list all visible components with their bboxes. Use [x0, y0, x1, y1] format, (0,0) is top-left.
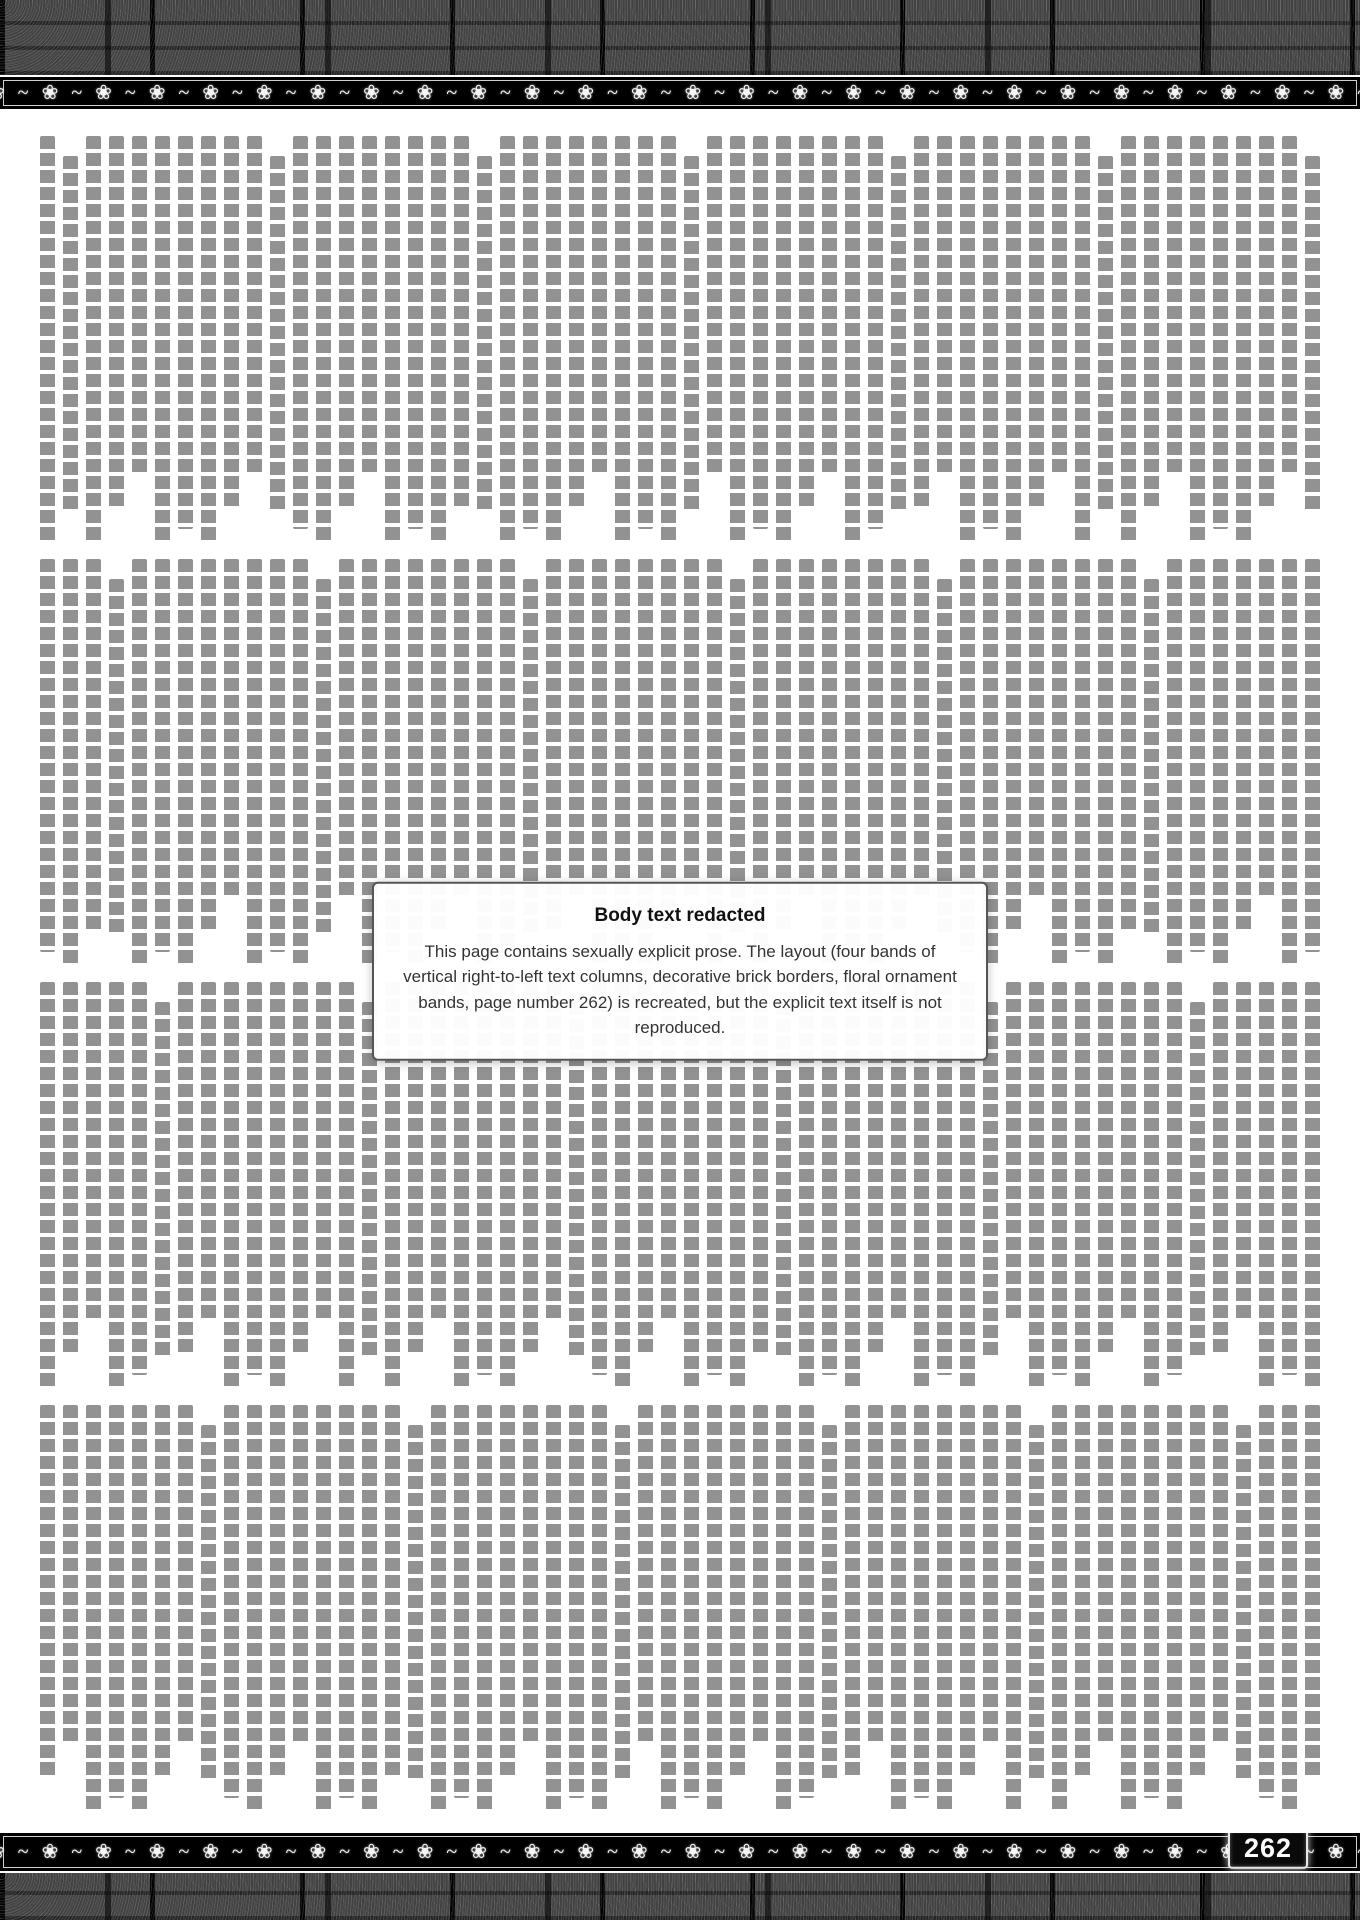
redacted-text-column	[40, 559, 55, 952]
redacted-text-column	[86, 1405, 101, 1810]
redacted-text-column	[914, 136, 929, 509]
redacted-text-column	[1006, 559, 1021, 932]
text-row	[22, 136, 1338, 541]
redacted-text-column	[201, 136, 216, 541]
redacted-text-column	[684, 559, 699, 899]
redacted-text-column	[1006, 136, 1021, 541]
redacted-text-column	[799, 136, 814, 509]
redacted-text-column	[1029, 559, 1044, 899]
redacted-text-column	[891, 559, 906, 932]
redacted-text-column	[431, 1405, 446, 1810]
redacted-text-column	[592, 1405, 607, 1810]
redacted-text-column	[155, 1405, 170, 1778]
redacted-text-column	[178, 982, 193, 1355]
redacted-text-column	[293, 136, 308, 529]
redacted-text-column	[63, 156, 78, 512]
redacted-text-column	[178, 1405, 193, 1745]
redacted-text-column	[247, 136, 262, 476]
text-row	[22, 1405, 1338, 1810]
redacted-text-column	[270, 156, 285, 512]
redacted-text-column	[546, 1405, 561, 1810]
redacted-text-column	[500, 1405, 515, 1778]
redacted-text-column	[270, 982, 285, 1387]
bottom-ornament-band: ❀ ~ ❀ ~ ❀ ~ ❀ ~ ❀ ~ ❀ ~ ❀ ~ ❀ ~ ❀ ~ ❀ ~ …	[0, 1831, 1360, 1873]
redacted-text-column	[1213, 982, 1228, 1355]
redacted-text-column	[707, 136, 722, 476]
redacted-text-column	[1052, 1405, 1067, 1810]
redacted-text-column	[477, 156, 492, 512]
redacted-text-column	[1052, 982, 1067, 1375]
page-content: Body text redacted This page contains se…	[0, 111, 1360, 1831]
redacted-text-column	[63, 982, 78, 1355]
redacted-text-column	[178, 559, 193, 964]
redacted-text-column	[454, 136, 469, 509]
redaction-text: This page contains sexually explicit pro…	[403, 941, 957, 1037]
redacted-text-column	[362, 1405, 377, 1810]
redacted-text-column	[1259, 982, 1274, 1387]
redacted-text-column	[1190, 559, 1205, 952]
redacted-text-column	[454, 1405, 469, 1798]
redacted-text-column	[868, 1405, 883, 1745]
redacted-text-column	[40, 982, 55, 1387]
redacted-text-column	[247, 982, 262, 1375]
brick-border-top	[0, 0, 1360, 75]
redacted-text-column	[316, 579, 331, 935]
redacted-text-column	[1213, 1405, 1228, 1745]
redacted-text-column	[1144, 579, 1159, 935]
redacted-text-column	[178, 136, 193, 529]
redacted-text-column	[891, 1405, 906, 1810]
redacted-text-column	[845, 1405, 860, 1778]
brick-border-bottom	[0, 1873, 1360, 1920]
redacted-text-column	[914, 1405, 929, 1798]
redacted-text-column	[569, 559, 584, 899]
redacted-text-column	[293, 1405, 308, 1745]
redacted-text-column	[362, 136, 377, 476]
redacted-text-column	[983, 1405, 998, 1745]
redacted-text-column	[730, 1405, 745, 1778]
redacted-text-column	[1075, 982, 1090, 1387]
redacted-text-column	[1213, 559, 1228, 964]
redacted-text-column	[661, 559, 676, 932]
redaction-title: Body text redacted	[400, 902, 960, 931]
page-number-badge: 262	[1228, 1831, 1308, 1869]
redacted-text-column	[86, 982, 101, 1322]
redacted-text-column	[684, 1405, 699, 1798]
redacted-text-column	[1167, 1405, 1182, 1810]
redacted-text-column	[1282, 1405, 1297, 1810]
redacted-text-column	[1236, 136, 1251, 541]
redacted-text-column	[408, 136, 423, 529]
redacted-text-column	[822, 136, 837, 476]
redacted-text-column	[983, 136, 998, 529]
redacted-text-column	[569, 136, 584, 509]
redacted-text-column	[684, 156, 699, 512]
redacted-text-column	[109, 136, 124, 509]
redacted-text-column	[1236, 1425, 1251, 1781]
redacted-text-column	[730, 136, 745, 541]
redacted-text-column	[1190, 1405, 1205, 1778]
redacted-text-column	[316, 982, 331, 1322]
redacted-text-column	[845, 136, 860, 541]
novel-page: ❀ ~ ❀ ~ ❀ ~ ❀ ~ ❀ ~ ❀ ~ ❀ ~ ❀ ~ ❀ ~ ❀ ~ …	[0, 0, 1360, 1920]
redacted-text-column	[1098, 156, 1113, 512]
redacted-text-column	[155, 136, 170, 541]
redacted-text-column	[132, 559, 147, 964]
redacted-text-column	[1121, 559, 1136, 932]
redacted-text-column	[385, 136, 400, 541]
redacted-text-column	[431, 136, 446, 541]
redacted-text-column	[339, 136, 354, 509]
redacted-text-column	[224, 1405, 239, 1798]
redacted-text-column	[270, 1405, 285, 1778]
redacted-text-column	[891, 156, 906, 512]
redacted-text-column	[1305, 982, 1320, 1387]
top-ornament-band: ❀ ~ ❀ ~ ❀ ~ ❀ ~ ❀ ~ ❀ ~ ❀ ~ ❀ ~ ❀ ~ ❀ ~ …	[0, 75, 1360, 111]
redacted-text-column	[914, 559, 929, 899]
floral-ornament-row: ❀ ~ ❀ ~ ❀ ~ ❀ ~ ❀ ~ ❀ ~ ❀ ~ ❀ ~ ❀ ~ ❀ ~ …	[0, 83, 1360, 103]
redacted-text-column	[1121, 136, 1136, 541]
redacted-text-column	[1098, 1405, 1113, 1745]
redacted-text-column	[109, 579, 124, 935]
redacted-text-column	[316, 136, 331, 541]
redacted-text-column	[1305, 156, 1320, 512]
redacted-text-column	[546, 136, 561, 541]
redacted-text-column	[1305, 1405, 1320, 1778]
redacted-text-column	[1259, 559, 1274, 899]
redacted-text-column	[316, 1405, 331, 1810]
redacted-text-column	[109, 1405, 124, 1798]
redacted-text-column	[1075, 559, 1090, 952]
redacted-text-column	[1259, 136, 1274, 509]
redacted-text-column	[799, 1405, 814, 1798]
redacted-text-column	[1098, 559, 1113, 964]
redacted-text-column	[1236, 982, 1251, 1322]
redacted-text-column	[224, 982, 239, 1387]
redacted-text-column	[339, 559, 354, 899]
redacted-text-column	[247, 559, 262, 964]
redacted-text-column	[224, 559, 239, 899]
redacted-text-column	[109, 982, 124, 1387]
redacted-text-column	[1052, 136, 1067, 476]
redacted-text-column	[1282, 982, 1297, 1375]
redacted-text-column	[1213, 136, 1228, 529]
redacted-text-column	[293, 982, 308, 1355]
redacted-text-column	[776, 559, 791, 932]
redacted-text-column	[132, 1405, 147, 1810]
redacted-text-column	[201, 559, 216, 932]
redacted-text-column	[63, 559, 78, 964]
redacted-text-column	[1121, 982, 1136, 1322]
redacted-text-column	[201, 1425, 216, 1781]
redacted-text-column	[339, 982, 354, 1387]
redacted-text-column	[40, 136, 55, 541]
redacted-text-column	[40, 1405, 55, 1778]
redacted-text-column	[477, 1405, 492, 1810]
redacted-text-column	[1029, 1425, 1044, 1781]
redacted-text-column	[615, 1425, 630, 1781]
redacted-text-column	[224, 136, 239, 509]
redacted-text-column	[1282, 136, 1297, 476]
redacted-text-column	[1259, 1405, 1274, 1798]
redacted-text-column	[615, 136, 630, 541]
redacted-text-column	[155, 1002, 170, 1358]
redacted-text-column	[385, 1405, 400, 1778]
redacted-text-column	[937, 136, 952, 476]
redacted-text-column	[1052, 559, 1067, 964]
redacted-text-column	[1006, 1405, 1021, 1810]
redacted-text-column	[776, 136, 791, 541]
redacted-text-column	[1144, 1405, 1159, 1798]
redacted-text-column	[1167, 136, 1182, 476]
redacted-text-column	[454, 559, 469, 899]
redacted-text-column	[1167, 559, 1182, 964]
redacted-text-column	[707, 1405, 722, 1810]
redacted-text-column	[132, 982, 147, 1375]
redacted-text-column	[431, 559, 446, 932]
redacted-text-column	[822, 1425, 837, 1781]
redacted-text-column	[523, 1405, 538, 1745]
redacted-text-column	[753, 1405, 768, 1745]
redacted-text-column	[201, 982, 216, 1322]
redacted-text-column	[638, 136, 653, 529]
redacted-text-column	[661, 1405, 676, 1810]
redacted-text-column	[500, 136, 515, 541]
redacted-text-column	[1144, 136, 1159, 509]
redacted-text-column	[408, 1425, 423, 1781]
redacted-text-column	[868, 136, 883, 529]
redacted-text-column	[247, 1405, 262, 1810]
redacted-text-column	[63, 1405, 78, 1745]
redacted-text-column	[339, 1405, 354, 1798]
redacted-text-column	[1029, 136, 1044, 509]
redacted-text-column	[1029, 982, 1044, 1387]
redacted-text-column	[592, 136, 607, 476]
redacted-text-column	[1075, 1405, 1090, 1778]
redacted-text-column	[1190, 136, 1205, 541]
redacted-text-column	[960, 1405, 975, 1778]
redacted-text-column	[1236, 559, 1251, 932]
redacted-text-column	[1282, 559, 1297, 964]
redacted-text-column	[753, 136, 768, 529]
redacted-text-column	[569, 1405, 584, 1798]
redacted-text-column	[523, 136, 538, 529]
redacted-text-column	[776, 1405, 791, 1810]
redacted-text-column	[1006, 982, 1021, 1322]
redacted-text-column	[1098, 982, 1113, 1355]
redacted-text-column	[661, 136, 676, 541]
floral-ornament-row: ❀ ~ ❀ ~ ❀ ~ ❀ ~ ❀ ~ ❀ ~ ❀ ~ ❀ ~ ❀ ~ ❀ ~ …	[0, 1842, 1360, 1862]
redacted-text-column	[155, 559, 170, 952]
redacted-text-column	[546, 559, 561, 932]
redacted-text-column	[1075, 136, 1090, 541]
redacted-text-column	[1144, 982, 1159, 1387]
redacted-text-column	[293, 559, 308, 964]
redaction-notice: Body text redacted This page contains se…	[372, 882, 988, 1061]
redacted-text-column	[960, 136, 975, 541]
redacted-text-column	[1305, 559, 1320, 952]
redacted-text-column	[86, 559, 101, 932]
redacted-text-column	[86, 136, 101, 541]
redacted-text-column	[638, 1405, 653, 1745]
redacted-text-column	[1167, 982, 1182, 1375]
redacted-text-column	[270, 559, 285, 952]
redacted-text-column	[1190, 1002, 1205, 1358]
redacted-text-column	[132, 136, 147, 476]
redacted-text-column	[1121, 1405, 1136, 1810]
redacted-text-column	[937, 1405, 952, 1810]
redacted-text-column	[799, 559, 814, 899]
